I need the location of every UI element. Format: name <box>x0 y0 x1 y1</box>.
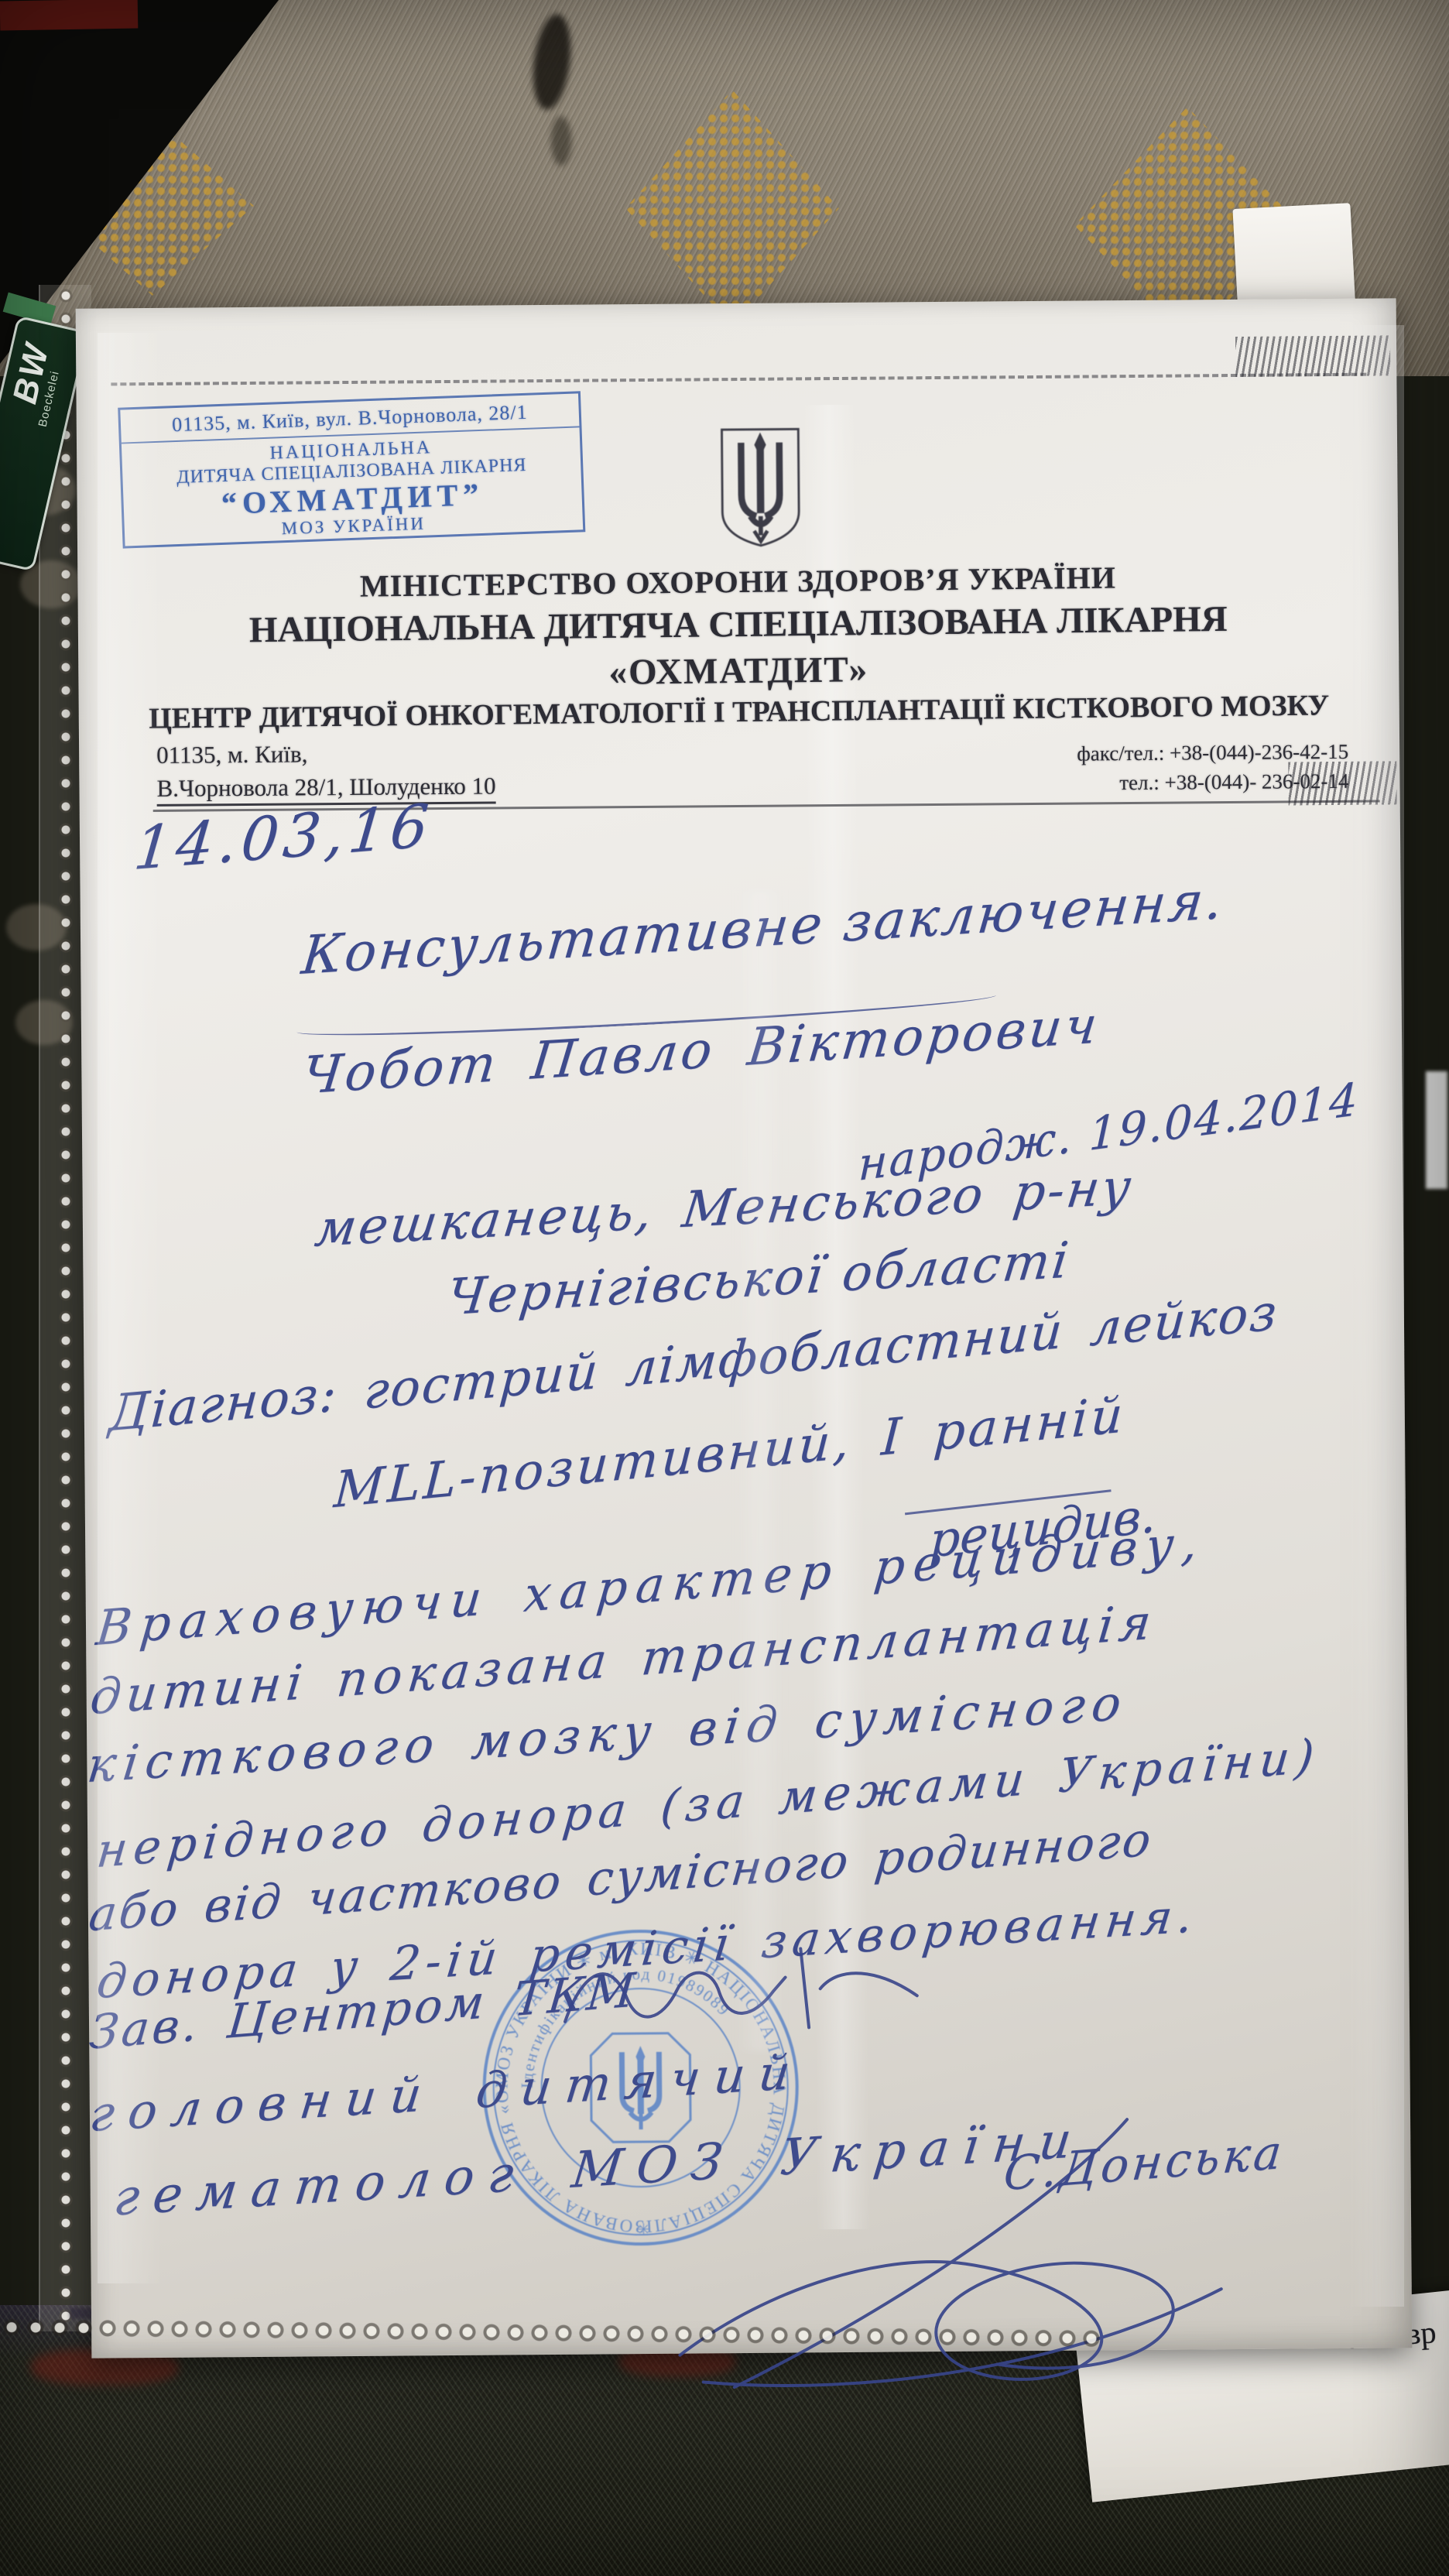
fabric-ornament <box>625 90 839 327</box>
fabric-stain <box>529 12 576 112</box>
contact-address: 01135, м. Київ, В.Чорновола 28/1, Шолуде… <box>156 735 496 804</box>
ukraine-trident-shield-icon <box>716 423 805 551</box>
plastic-glare <box>735 890 785 2051</box>
plastic-glare <box>98 333 163 2283</box>
maroon-object <box>0 0 138 31</box>
fabric-stain <box>551 116 571 166</box>
plastic-glare <box>1348 325 1404 2307</box>
contact-address-line1: 01135, м. Київ, <box>156 735 495 771</box>
hospital-rect-stamp: 01135, м. Київ, вул. В.Чорновола, 28/1 Н… <box>118 391 585 548</box>
photo-of-document: Леч.вр BW Boeckelei 01135, м. Київ, вул.… <box>0 0 1449 2576</box>
plastic-highlight <box>1426 1071 1447 1189</box>
signature-scribble-large <box>632 2095 1238 2410</box>
fax-dashed-line <box>111 373 1366 386</box>
